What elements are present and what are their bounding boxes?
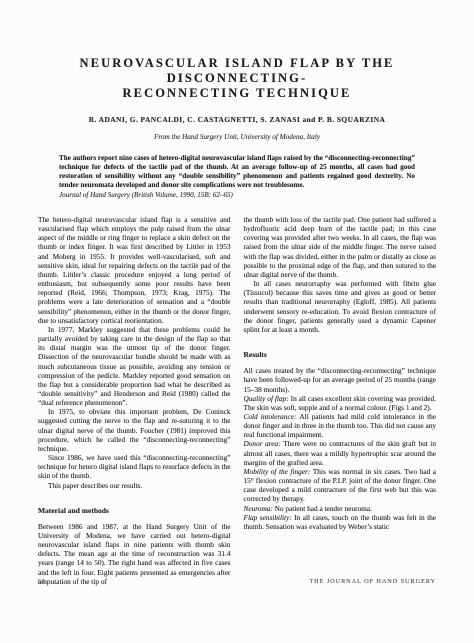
section-heading-results: Results [244, 350, 437, 359]
paragraph: In all cases neurorraphy was performed w… [244, 279, 437, 334]
result-item-quality-of-flap: Quality of flap:In all cases excellent s… [244, 394, 437, 412]
left-column: The hetero-digital neurovascular island … [38, 215, 231, 586]
citation-line: Journal of Hand Surgery (British Volume,… [59, 191, 415, 200]
paragraph: In 1975, to obviate this important probl… [38, 407, 231, 453]
result-item-label: Cold intolerance: [244, 412, 300, 421]
paragraph: The hetero-digital neurovascular island … [38, 215, 231, 325]
result-item-cold-intolerance: Cold intolerance:All patients had mild c… [244, 412, 437, 439]
result-item-donor-area: Donor area:There were no contractures of… [244, 439, 437, 466]
abstract-text: The authors report nine cases of hetero-… [59, 154, 415, 190]
running-title: THE JOURNAL OF HAND SURGERY [309, 578, 436, 585]
affiliation-line: From the Hand Surgery Unit, University o… [38, 133, 436, 141]
result-item-label: Mobility of the finger: [244, 467, 313, 476]
result-item-label: Quality of flap: [244, 394, 291, 403]
paragraph: This paper describes our results. [38, 481, 231, 490]
paragraph: Between 1986 and 1987, at the Hand Surge… [38, 522, 231, 586]
journal-page: NEUROVASCULAR ISLAND FLAP BY THE DISCONN… [0, 0, 474, 643]
authors-line: R. ADANI, G. PANCALDI, C. CASTAGNETTI, S… [38, 115, 436, 124]
result-item-label: Donor area: [244, 439, 284, 448]
article-title-line1: NEUROVASCULAR ISLAND FLAP BY THE DISCONN… [38, 56, 436, 86]
paragraph: the thumb with loss of the tactile pad. … [244, 215, 437, 279]
paragraph: All cases treated by the “disconnecting-… [244, 366, 437, 393]
result-item-flap-sensibility: Flap sensibility:In all cases, touch on … [244, 513, 437, 531]
page-footer: 62 THE JOURNAL OF HAND SURGERY [38, 578, 436, 585]
result-item-label: Neuroma: [244, 504, 275, 513]
article-body: The hetero-digital neurovascular island … [38, 215, 436, 586]
result-item-label: Flap sensibility: [244, 513, 295, 522]
article-title: NEUROVASCULAR ISLAND FLAP BY THE DISCONN… [38, 56, 436, 101]
paragraph: In 1977, Markley suggested that these pr… [38, 325, 231, 407]
page-number: 62 [38, 578, 45, 585]
article-title-line2: RECONNECTING TECHNIQUE [38, 86, 436, 101]
result-item-mobility: Mobility of the finger:This was normal i… [244, 467, 437, 504]
result-item-neuroma: Neuroma:No patient had a tender neuroma. [244, 504, 437, 513]
section-heading-material-methods: Material and methods [38, 506, 231, 515]
result-item-text: No patient had a tender neuroma. [275, 504, 372, 513]
paragraph: Since 1986, we have used this “disconnec… [38, 453, 231, 480]
right-column: the thumb with loss of the tactile pad. … [244, 215, 437, 586]
